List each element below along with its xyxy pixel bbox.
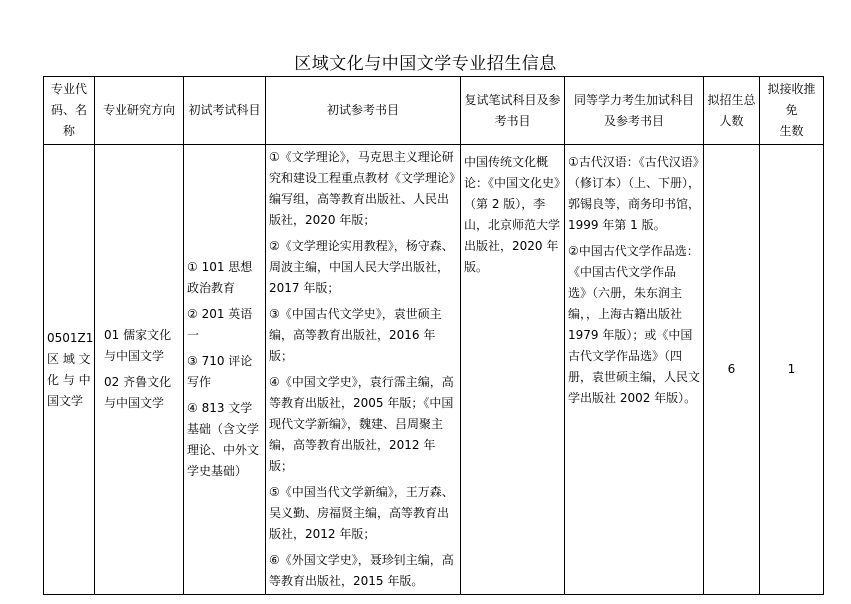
header-retest: 复试笔试科目及参考书目 [461,77,565,145]
header-equivalent-exam: 同等学力考生加试科目及参考书目 [565,77,704,145]
retest-cell: 中国传统文化概论：《中国文化史》（第 2 版），李山，北京师范大学出版社，202… [461,145,565,595]
header-major-code: 专业代码、名称 [44,77,95,145]
table-row: 0501Z1 区 域 文 化 与 中 国文学 01 儒家文化与中国文学 02 齐… [44,145,824,595]
header-exam-subjects: 初试考试科目 [184,77,266,145]
major-code-cell: 0501Z1 区 域 文 化 与 中 国文学 [44,145,95,595]
header-reference-books: 初试参考书目 [266,77,461,145]
reference-books-cell: ①《文学理论》，马克思主义理论研究和建设工程重点教材《文学理论》编写组，高等教育… [266,145,461,595]
direction-cell: 01 儒家文化与中国文学 02 齐鲁文化与中国文学 [95,145,184,595]
header-row: 专业代码、名称 专业研究方向 初试考试科目 初试参考书目 复试笔试科目及参考书目… [44,77,824,145]
recommended-exempt-cell: 1 [760,145,824,595]
header-total-enrollment: 拟招生总人数 [704,77,760,145]
total-enrollment-cell: 6 [704,145,760,595]
equivalent-exam-cell: ①古代汉语：《古代汉语》（修订本）（上、下册），郭锡良等，商务印书馆，1999 … [565,145,704,595]
header-recommended-exempt: 拟接收推免生数 [760,77,824,145]
header-direction: 专业研究方向 [95,77,184,145]
page-title: 区域文化与中国文学专业招生信息 [0,49,851,74]
enrollment-table: 专业代码、名称 专业研究方向 初试考试科目 初试参考书目 复试笔试科目及参考书目… [43,76,824,595]
exam-subjects-cell: ① 101 思想政治教育 ② 201 英语一 ③ 710 评论写作 ④ 813 … [184,145,266,595]
